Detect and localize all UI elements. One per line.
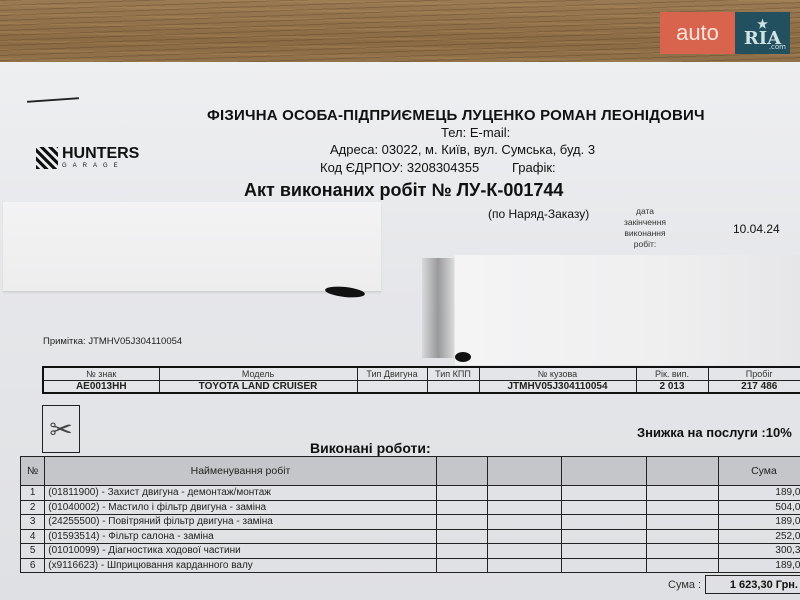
header-plate: № знак — [43, 367, 159, 380]
work-sum: 189,00 — [718, 558, 800, 573]
logo-title: HUNTERS — [62, 146, 139, 162]
hunters-garage-logo: HUNTERS GARAGE — [36, 146, 139, 169]
work-sum: 300,30 — [718, 544, 800, 559]
watermark-com: .com — [769, 44, 786, 51]
empty-cell — [488, 500, 562, 515]
act-title: Акт виконаних робіт № ЛУ-К-001744 — [244, 180, 563, 201]
row-number: 5 — [21, 544, 45, 559]
plate-value: AE0013HH — [43, 380, 159, 393]
empty-cell — [436, 486, 488, 501]
empty-cell — [488, 558, 562, 573]
empty-cell — [562, 544, 647, 559]
empty-cell — [562, 515, 647, 530]
empty-cell — [647, 558, 719, 573]
row-number: 3 — [21, 515, 45, 530]
vin-value: JTMHV05J304110054 — [479, 380, 636, 393]
work-name: (01811900) - Захист двигуна - демонтаж/м… — [45, 486, 436, 501]
row-number: 2 — [21, 500, 45, 515]
company-schedule: Графік: — [512, 160, 556, 175]
empty-cell — [436, 500, 488, 515]
empty-cell — [562, 529, 647, 544]
engine-value — [357, 380, 427, 393]
header-mileage: Пробіг — [708, 367, 800, 380]
header-gearbox: Тип КПП — [427, 367, 479, 380]
redaction-paper-right — [455, 255, 800, 365]
empty-cell — [488, 529, 562, 544]
vehicle-header-row: № знак Модель Тип Двигуна Тип КПП № кузо… — [43, 367, 800, 380]
total-value: 1 623,30 Грн. — [705, 575, 800, 594]
table-row: 5(01010099) - Діагностика ходової частин… — [21, 544, 800, 559]
mileage-value: 217 486 — [708, 380, 800, 393]
empty-cell — [647, 529, 719, 544]
header-number: № — [21, 457, 45, 486]
watermark-ria: ★ RIA .com — [735, 12, 790, 54]
empty-cell — [436, 515, 488, 530]
ink-blot — [455, 352, 471, 362]
empty-cell — [562, 500, 647, 515]
completion-date-label: дата закінчення виконання робіт: — [615, 206, 675, 250]
empty-cell — [562, 486, 647, 501]
act-subtitle: (по Наряд-Заказу) — [488, 207, 589, 221]
scissors-icon: ✂ — [42, 405, 80, 453]
empty-cell — [647, 500, 719, 515]
row-number: 6 — [21, 558, 45, 573]
table-row: 3(24255500) - Повітряний фільтр двигуна … — [21, 515, 800, 530]
header-empty — [562, 457, 647, 486]
table-row: 4(01593514) - Фільтр салона - заміна252,… — [21, 529, 800, 544]
vehicle-values-row: AE0013HH TOYOTA LAND CRUISER JTMHV05J304… — [43, 380, 800, 393]
gearbox-value — [427, 380, 479, 393]
work-name: (01040002) - Мастило і фільтр двигуна - … — [45, 500, 436, 515]
redaction-paper-left — [3, 202, 381, 292]
redaction-shadow — [422, 258, 454, 358]
note: Примітка: JTMHV05J304110054 — [43, 336, 182, 347]
header-sum: Сума — [718, 457, 800, 486]
company-address: Адреса: 03022, м. Київ, вул. Сумська, бу… — [330, 142, 595, 157]
empty-cell — [488, 515, 562, 530]
empty-cell — [488, 544, 562, 559]
watermark-auto: auto — [660, 12, 735, 54]
header-empty — [488, 457, 562, 486]
autoria-watermark: auto ★ RIA .com — [660, 12, 790, 54]
header-vin: № кузова — [479, 367, 636, 380]
logo-subtitle: GARAGE — [62, 163, 139, 169]
work-sum: 252,00 — [718, 529, 800, 544]
work-name: (01010099) - Діагностика ходової частини — [45, 544, 436, 559]
header-empty — [647, 457, 719, 486]
row-number: 1 — [21, 486, 45, 501]
work-name: (24255500) - Повітряний фільтр двигуна -… — [45, 515, 436, 530]
empty-cell — [488, 486, 562, 501]
model-value: TOYOTA LAND CRUISER — [159, 380, 357, 393]
company-name: ФІЗИЧНА ОСОБА-ПІДПРИЄМЕЦЬ ЛУЦЕНКО РОМАН … — [207, 107, 705, 124]
discount-label: Знижка на послуги :10% — [637, 425, 792, 440]
table-row: 1(01811900) - Захист двигуна - демонтаж/… — [21, 486, 800, 501]
empty-cell — [647, 515, 719, 530]
work-sum: 189,00 — [718, 486, 800, 501]
empty-cell — [647, 544, 719, 559]
header-empty — [436, 457, 488, 486]
header-work-name: Найменування робіт — [45, 457, 436, 486]
row-number: 4 — [21, 529, 45, 544]
completion-date-value: 10.04.24 — [733, 222, 780, 236]
works-header-row: № Найменування робіт Сума — [21, 457, 800, 486]
year-value: 2 013 — [636, 380, 708, 393]
work-sum: 189,00 — [718, 515, 800, 530]
table-row: 6(x9116623) - Шприцювання карданного вал… — [21, 558, 800, 573]
total-label: Сума : — [668, 579, 701, 591]
header-model: Модель — [159, 367, 357, 380]
empty-cell — [436, 558, 488, 573]
work-sum: 504,00 — [718, 500, 800, 515]
table-row: 2(01040002) - Мастило і фільтр двигуна -… — [21, 500, 800, 515]
work-name: (01593514) - Фільтр салона - заміна — [45, 529, 436, 544]
work-name: (x9116623) - Шприцювання карданного валу — [45, 558, 436, 573]
striped-square-icon — [36, 147, 58, 169]
works-table: № Найменування робіт Сума 1(01811900) - … — [20, 456, 800, 573]
works-title: Виконані роботи: — [310, 440, 431, 456]
vehicle-table: № знак Модель Тип Двигуна Тип КПП № кузо… — [42, 366, 800, 394]
empty-cell — [647, 486, 719, 501]
company-code: Код ЄДРПОУ: 3208304355 — [320, 160, 479, 175]
empty-cell — [436, 544, 488, 559]
empty-cell — [562, 558, 647, 573]
header-engine: Тип Двигуна — [357, 367, 427, 380]
company-contacts: Тел: E-mail: — [441, 125, 510, 140]
header-year: Рік. вип. — [636, 367, 708, 380]
empty-cell — [436, 529, 488, 544]
